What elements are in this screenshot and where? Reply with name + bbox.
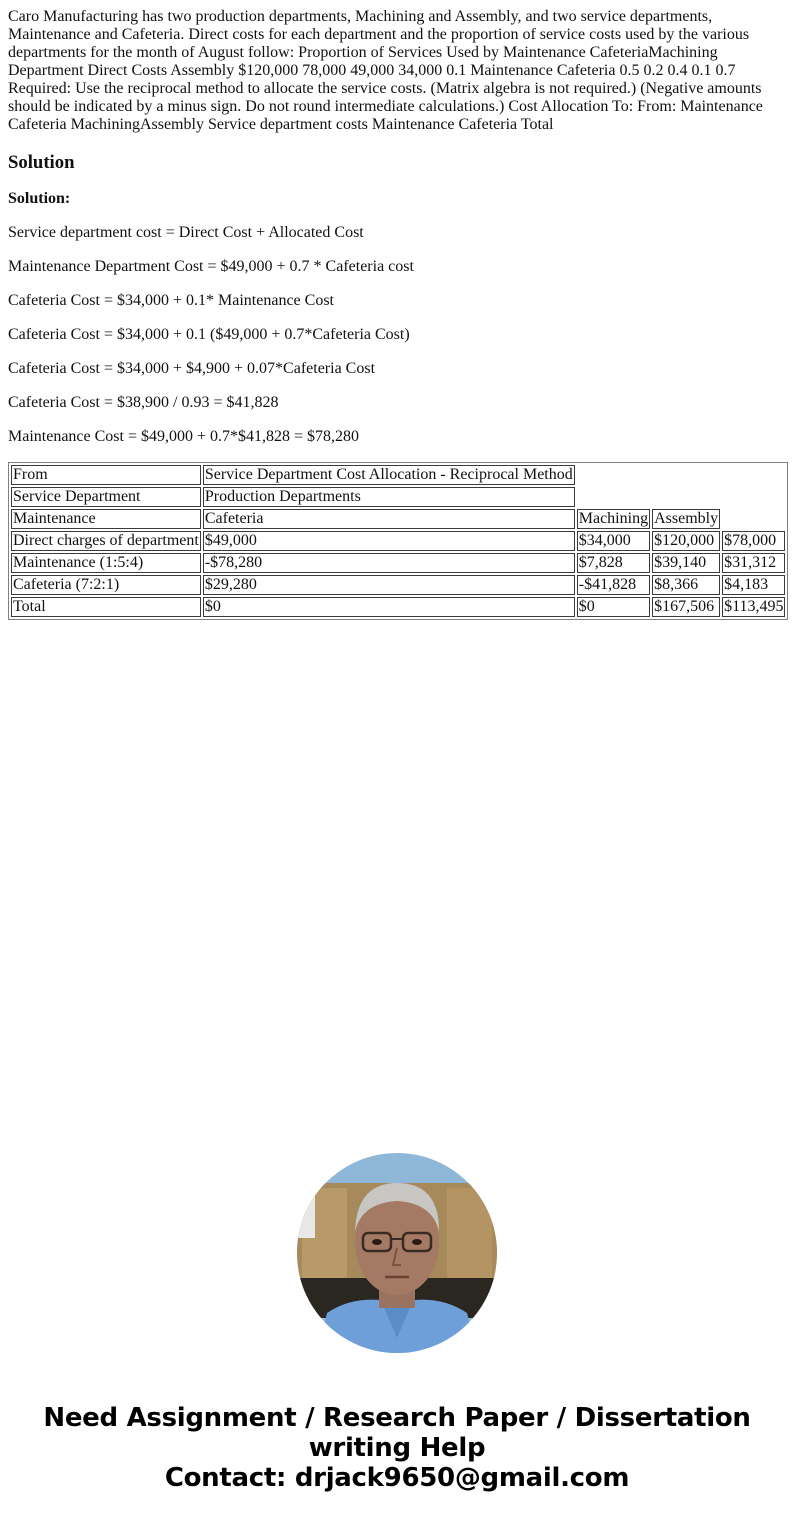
table-cell: $0	[577, 597, 650, 617]
table-cell: Cafeteria	[203, 509, 575, 529]
table-cell: Maintenance	[11, 509, 201, 529]
empty-cell	[652, 465, 720, 485]
table-cell: $7,828	[577, 553, 650, 573]
table-cell: $8,366	[652, 575, 720, 595]
promo-line: writing Help	[0, 1433, 794, 1463]
solution-line: Maintenance Department Cost = $49,000 + …	[8, 258, 786, 276]
solution-line: Service department cost = Direct Cost + …	[8, 224, 786, 242]
author-portrait-icon	[297, 1153, 497, 1353]
table-cell: $34,000	[577, 531, 650, 551]
table-row: Total $0 $0 $167,506 $113,495	[11, 597, 785, 617]
empty-cell	[577, 487, 650, 507]
table-cell: $31,312	[722, 553, 785, 573]
table-cell: $49,000	[203, 531, 575, 551]
solution-subheading: Solution:	[8, 190, 786, 208]
table-cell: $4,183	[722, 575, 785, 595]
table-cell: -$78,280	[203, 553, 575, 573]
solution-line: Cafeteria Cost = $34,000 + 0.1* Maintena…	[8, 292, 786, 310]
solution-line: Cafeteria Cost = $38,900 / 0.93 = $41,82…	[8, 394, 786, 412]
table-cell: $78,000	[722, 531, 785, 551]
solution-heading: Solution	[8, 152, 786, 174]
table-cell: Direct charges of department	[11, 531, 201, 551]
empty-cell	[652, 487, 720, 507]
empty-cell	[577, 465, 650, 485]
table-cell: $29,280	[203, 575, 575, 595]
table-cell: From	[11, 465, 201, 485]
table-row: Direct charges of department $49,000 $34…	[11, 531, 785, 551]
table-cell: Production Departments	[203, 487, 575, 507]
promo-line: Need Assignment / Research Paper / Disse…	[0, 1403, 794, 1433]
question-text: Caro Manufacturing has two production de…	[8, 8, 786, 134]
table-header-row: From Service Department Cost Allocation …	[11, 465, 785, 485]
table-row: Maintenance (1:5:4) -$78,280 $7,828 $39,…	[11, 553, 785, 573]
table-row: Cafeteria (7:2:1) $29,280 -$41,828 $8,36…	[11, 575, 785, 595]
page-content: Caro Manufacturing has two production de…	[0, 0, 794, 620]
allocation-table: From Service Department Cost Allocation …	[8, 462, 788, 620]
table-cell: Machining	[577, 509, 650, 529]
table-cell: Maintenance (1:5:4)	[11, 553, 201, 573]
table-header-row: Service Department Production Department…	[11, 487, 785, 507]
table-cell: $39,140	[652, 553, 720, 573]
solution-line: Maintenance Cost = $49,000 + 0.7*$41,828…	[8, 428, 786, 446]
table-cell: Service Department Cost Allocation - Rec…	[203, 465, 575, 485]
table-header-row: Maintenance Cafeteria Machining Assembly	[11, 509, 785, 529]
author-avatar	[297, 1153, 497, 1353]
table-cell: $120,000	[652, 531, 720, 551]
table-cell: Cafeteria (7:2:1)	[11, 575, 201, 595]
table-cell: $113,495	[722, 597, 785, 617]
solution-line: Cafeteria Cost = $34,000 + $4,900 + 0.07…	[8, 360, 786, 378]
table-cell: $0	[203, 597, 575, 617]
table-cell: $167,506	[652, 597, 720, 617]
empty-cell	[722, 509, 785, 529]
table-cell: -$41,828	[577, 575, 650, 595]
promo-contact: Contact: drjack9650@gmail.com	[0, 1463, 794, 1493]
table-cell: Assembly	[652, 509, 720, 529]
table-cell: Service Department	[11, 487, 201, 507]
solution-line: Cafeteria Cost = $34,000 + 0.1 ($49,000 …	[8, 326, 786, 344]
empty-cell	[722, 487, 785, 507]
empty-cell	[722, 465, 785, 485]
table-cell: Total	[11, 597, 201, 617]
promo-banner: Need Assignment / Research Paper / Disse…	[0, 1403, 794, 1493]
